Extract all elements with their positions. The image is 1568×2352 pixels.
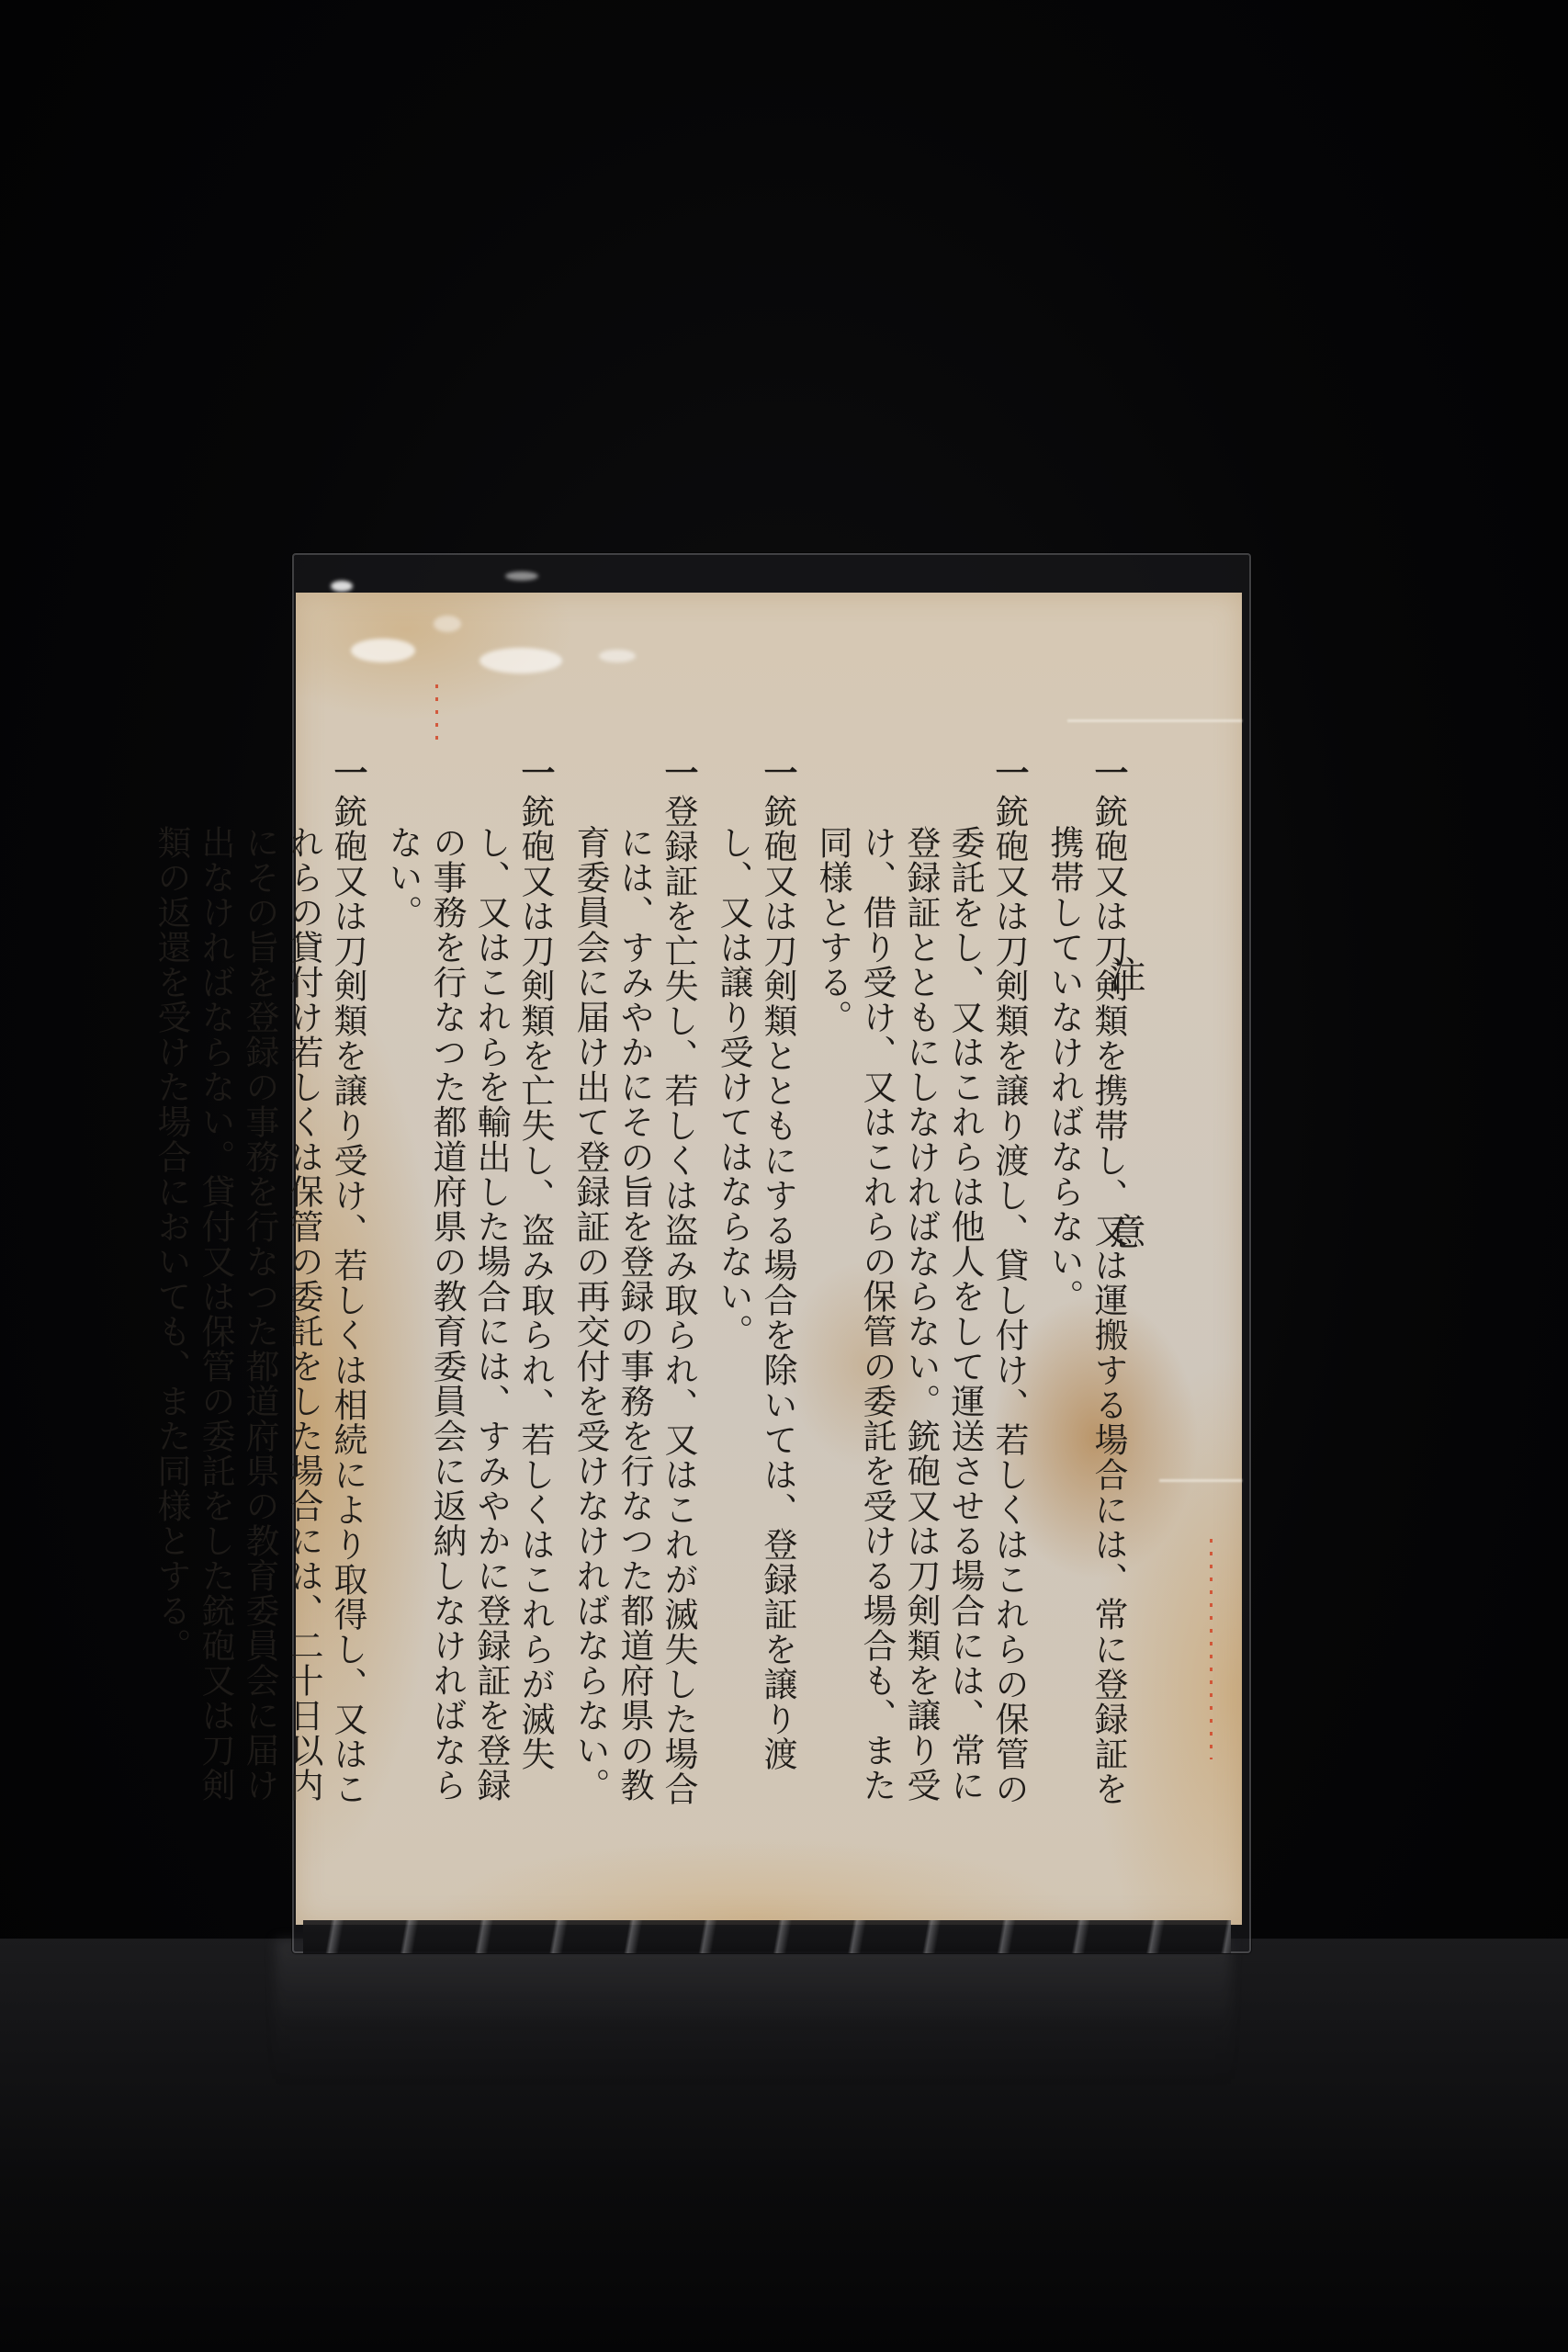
article-text: 銃砲又は刀剣類を譲り渡し、貸し付け、若しくはこれらの保管の委託をし、又はこれらは… xyxy=(813,794,1029,1806)
article-5: 一銃砲又は刀剣類を亡失し、盗み取られ、若しくはこれらが滅失し、又はこれらを輸出し… xyxy=(380,790,557,1828)
article-6: 一銃砲又は刀剣類を譲り受け、若しくは相続により取得し、又はこれらの貸付け若しくは… xyxy=(149,790,369,1828)
paper-crease xyxy=(1159,1479,1242,1482)
glare-highlight xyxy=(599,650,636,662)
glare-highlight xyxy=(351,639,415,662)
paper-crease xyxy=(1067,719,1242,722)
sleeve-bottom-edge xyxy=(303,1920,1231,1953)
article-text: 登録証を亡失し、若しくは盗み取られ、又はこれが滅失した場合には、すみやかにその旨… xyxy=(570,794,698,1806)
table-surface xyxy=(0,1939,1568,2352)
article-text: 銃砲又は刀剣類を譲り受け、若しくは相続により取得し、又はこれらの貸付け若しくは保… xyxy=(152,794,367,1806)
article-3: 一銃砲又は刀剣類とともにする場合を除いては、登録証を譲り渡し、又は譲り受けてはな… xyxy=(711,790,799,1828)
red-print-marks xyxy=(1210,1539,1213,1759)
article-text: 銃砲又は刀剣類とともにする場合を除いては、登録証を譲り渡し、又は譲り受けてはなら… xyxy=(714,794,797,1771)
red-print-marks xyxy=(435,684,438,749)
article-1: 一銃砲又は刀剣類を携帯し、又は運搬する場合には、常に登録証を携帯していなければな… xyxy=(1042,790,1130,1828)
notice-body: 一銃砲又は刀剣類を携帯し、又は運搬する場合には、常に登録証を携帯していなければな… xyxy=(367,790,1130,1828)
article-2: 一銃砲又は刀剣類を譲り渡し、貸し付け、若しくはこれらの保管の委託をし、又はこれら… xyxy=(810,790,1031,1828)
article-4: 一登録証を亡失し、若しくは盗み取られ、又はこれが滅失した場合には、すみやかにその… xyxy=(568,790,700,1828)
glare-highlight xyxy=(479,648,562,673)
glare-highlight xyxy=(434,616,461,632)
article-text: 銃砲又は刀剣類を亡失し、盗み取られ、若しくはこれらが滅失し、又はこれらを輸出した… xyxy=(383,794,555,1803)
article-text: 銃砲又は刀剣類を携帯し、又は運搬する場合には、常に登録証を携帯していなければなら… xyxy=(1044,794,1128,1806)
